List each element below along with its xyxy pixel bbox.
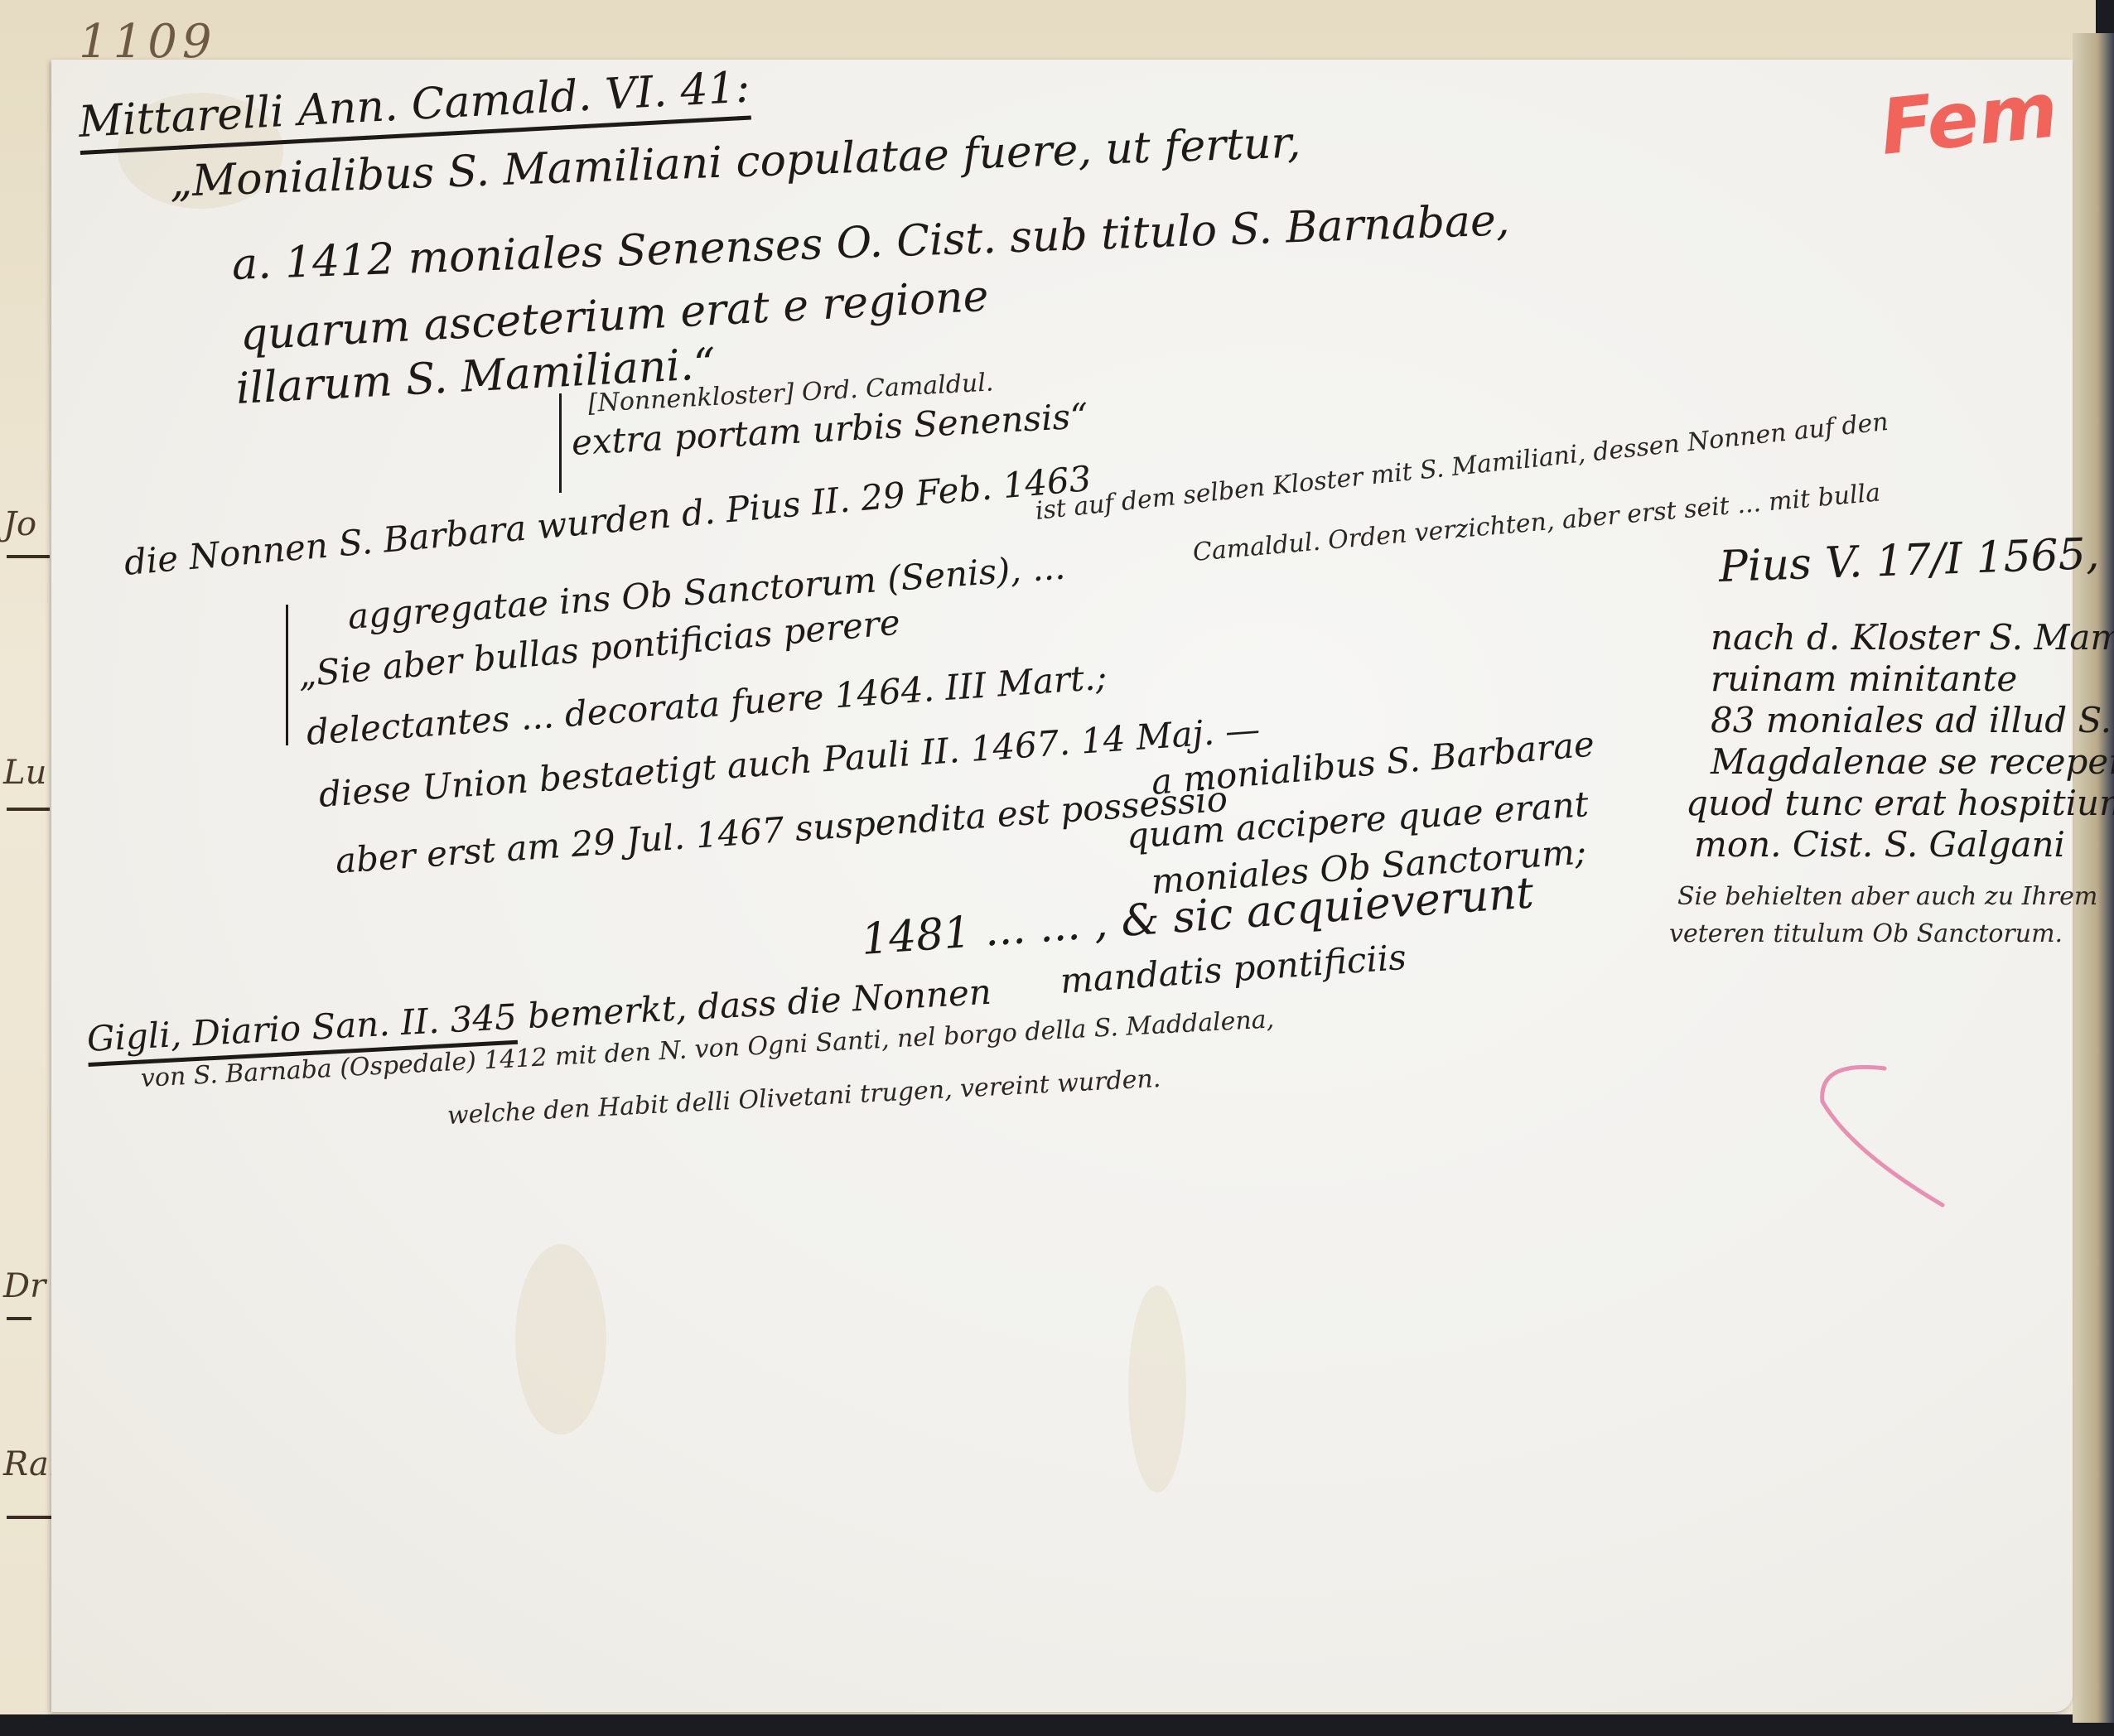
right-col-line-3: 83 moniales ad illud S. M.	[1711, 700, 2114, 740]
margin-rule	[7, 555, 50, 558]
margin-rule	[7, 1317, 31, 1320]
paper-stain	[1128, 1285, 1186, 1492]
book-edge	[2073, 33, 2114, 1723]
right-col-line-8: veteren titulum Ob Sanctorum.	[1669, 919, 2063, 948]
red-pencil-note: Fem	[1876, 65, 2062, 172]
right-col-line-5: quod tunc erat hospitium	[1686, 783, 2114, 823]
right-col-line-1: nach d. Kloster S. Mamiliani	[1711, 617, 2114, 658]
paper-stain	[515, 1244, 606, 1435]
insert-bracket	[559, 393, 562, 493]
margin-fragment-jo: Jo	[3, 505, 36, 543]
margin-rule	[7, 808, 50, 811]
margin-fragment-dr: Dr	[3, 1267, 46, 1305]
right-col-line-2: ruinam minitante	[1711, 658, 2017, 699]
bracket-line	[286, 605, 288, 745]
pink-pencil-mark	[1802, 1060, 1967, 1209]
right-col-line-4: Magdalenae se receperunt,	[1711, 741, 2114, 782]
right-col-line-6: mon. Cist. S. Galgani	[1694, 824, 2065, 865]
margin-rule	[7, 1516, 58, 1519]
margin-fragment-lu: Lu	[3, 754, 46, 792]
right-col-line-7: Sie behielten aber auch zu Ihrem	[1677, 882, 2097, 911]
